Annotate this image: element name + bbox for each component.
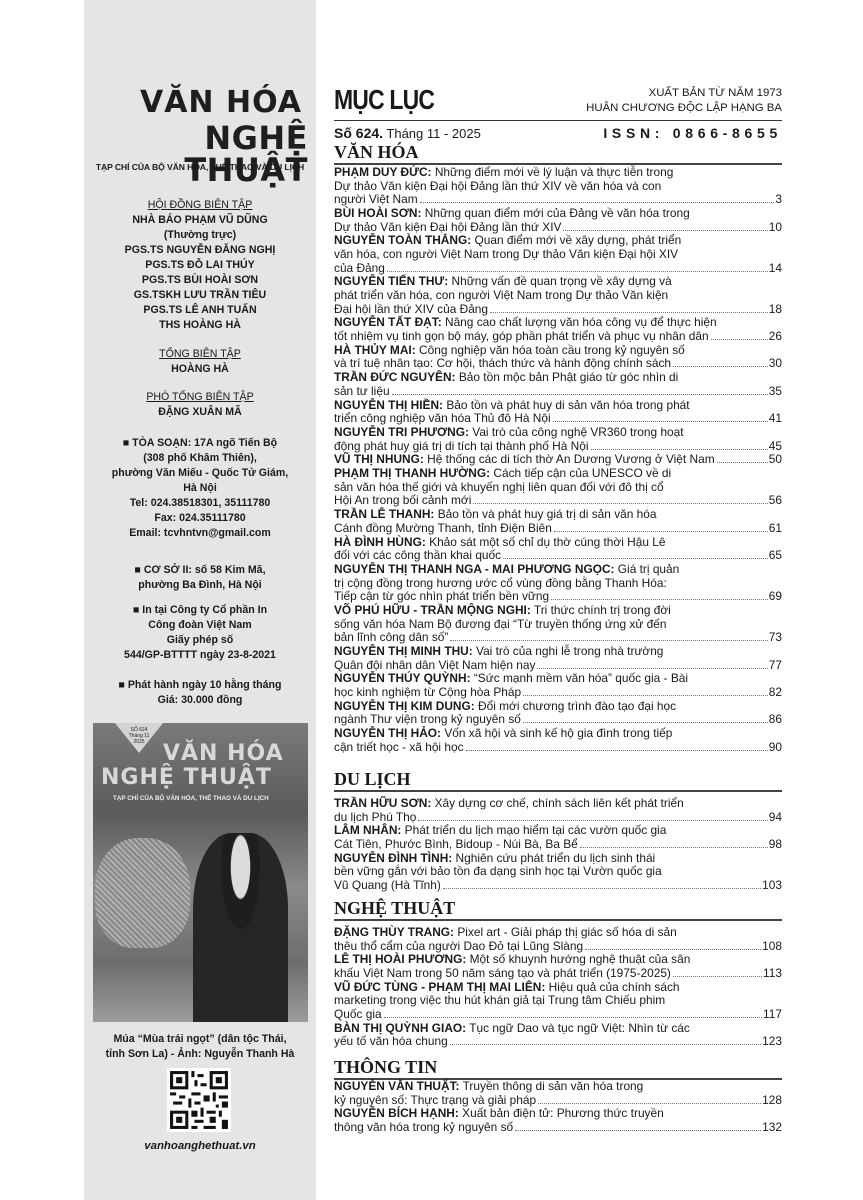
entry-title-text: đối với các công thần khai quốc	[334, 548, 501, 562]
entry-last-line: Vũ Quang (Hà Tĩnh)103	[334, 879, 782, 893]
entry-last-line: VŨ THỊ NHUNG: Hệ thống các di tích thờ A…	[334, 453, 782, 467]
entry-title-text: khấu Việt Nam trong 50 năm sáng tạo và p…	[334, 966, 671, 980]
entry-line: ĐẶNG THÙY TRANG: Pixel art - Giải pháp t…	[334, 926, 782, 940]
cover-title-1: VĂN HÓA	[163, 741, 284, 766]
section-heading: VĂN HÓA	[334, 142, 782, 165]
header-divider	[334, 120, 782, 121]
entry-line: NGUYỄN THÚY QUỲNH: “Sức mạnh mềm văn hóa…	[334, 672, 782, 686]
entry-last-line: thông văn hóa trong kỷ nguyên số132	[334, 1121, 782, 1135]
page-number: 86	[769, 713, 782, 727]
price: Giá: 30.000 đồng	[84, 693, 316, 708]
entry-title-text: trị cộng đồng trong hương ước cổ vùng đồ…	[334, 576, 667, 590]
entry-line: TRẦN LÊ THANH: Bảo tồn và phát huy giá t…	[334, 508, 782, 522]
dot-leader	[473, 503, 767, 504]
dot-leader	[387, 271, 768, 272]
entry-last-line: Cánh đồng Mường Thanh, tỉnh Điện Biên61	[334, 522, 782, 536]
dot-leader	[420, 202, 775, 203]
phone: Tel: 024.38518301, 35111780	[84, 496, 316, 511]
entry-title-text: Nghiên cứu phát triển du lịch sinh thái	[452, 851, 655, 865]
page-number: 18	[769, 303, 782, 317]
entry-line: NGUYỄN TRI PHƯƠNG: Vai trò của công nghệ…	[334, 426, 782, 440]
entry-title-text: Phát triển du lịch mạo hiểm tại các vườn…	[401, 823, 666, 837]
entry-title-text: người Việt Nam	[334, 192, 418, 206]
entry-line: NGUYỄN THỊ KIM DUNG: Đổi mới chương trìn…	[334, 700, 782, 714]
toc-entry[interactable]: NGUYỄN THỊ HẢO: Vốn xã hội và sinh kế hộ…	[334, 727, 782, 754]
entry-last-line: bản lĩnh công dân số”73	[334, 631, 782, 645]
entry-title-text: Bảo tồn và phát huy giá trị di sản văn h…	[434, 507, 656, 521]
board-member: PGS.TS BÙI HOÀI SƠN	[84, 273, 316, 288]
entry-line: marketing trong việc thu hút khán giả tạ…	[334, 994, 782, 1008]
issue-date: Tháng 11 - 2025	[383, 126, 481, 141]
toc-entry[interactable]: HÀ THỦY MAI: Công nghiệp văn hóa toàn cầ…	[334, 344, 782, 371]
entry-line: HÀ ĐÌNH HÙNG: Khảo sát một số chỉ dụ thờ…	[334, 536, 782, 550]
entry-title-text: sản văn hóa thế giới và khuyến nghị liên…	[334, 480, 664, 494]
dot-leader	[523, 695, 768, 696]
page-number: 65	[769, 549, 782, 563]
entry-author: NGUYỄN THỊ THANH NGA - MAI PHƯƠNG NGỌC:	[334, 562, 615, 576]
dot-leader	[537, 668, 767, 669]
entry-line: NGUYỄN THỊ HẢO: Vốn xã hội và sinh kế hộ…	[334, 727, 782, 741]
entry-title-text: yếu tố văn hóa chung	[334, 1034, 448, 1048]
entry-title-text: Cách tiếp cận của UNESCO về di	[490, 466, 671, 480]
toc-entry[interactable]: NGUYỄN ĐÌNH TÌNH: Nghiên cứu phát triển …	[334, 852, 782, 893]
toc-entry[interactable]: NGUYỄN THỊ THANH NGA - MAI PHƯƠNG NGỌC: …	[334, 563, 782, 604]
entry-line: LÊ THỊ HOÀI PHƯƠNG: Một số khuynh hướng …	[334, 953, 782, 967]
website-link[interactable]: vanhoanghethuat.vn	[84, 1140, 316, 1152]
dot-leader	[450, 1044, 761, 1045]
toc-entry[interactable]: VŨ ĐỨC TÙNG - PHẠM THỊ MAI LIÊN: Hiệu qu…	[334, 981, 782, 1022]
entry-title-text: kỷ nguyên số: Thực trạng và giải pháp	[334, 1093, 536, 1107]
entry-line: NGUYỄN TIẾN THƯ: Những vấn đề quan trọng…	[334, 275, 782, 289]
entry-author: HÀ ĐÌNH HÙNG:	[334, 535, 426, 549]
entry-author: VŨ ĐỨC TÙNG - PHẠM THỊ MAI LIÊN:	[334, 980, 545, 994]
entry-last-line: và trí tuệ nhân tạo: Cơ hội, thách thức …	[334, 357, 782, 371]
toc-entry[interactable]: TRẦN HỮU SƠN: Xây dựng cơ chế, chính sác…	[334, 797, 782, 824]
print-line: Công đoàn Việt Nam	[84, 618, 316, 633]
toc-entry[interactable]: NGUYỄN TRI PHƯƠNG: Vai trò của công nghệ…	[334, 426, 782, 453]
toc-entry[interactable]: NGUYỄN THỊ MINH THU: Vai trò của nghi lễ…	[334, 645, 782, 672]
entry-title-text: du lịch Phú Thọ	[334, 810, 416, 824]
toc-entry[interactable]: VÕ PHÚ HỮU - TRẦN MỘNG NGHI: Tri thức ch…	[334, 604, 782, 645]
page-number: 94	[769, 811, 782, 825]
entry-title-text: bền vững gắn với bảo tồn đa dạng sinh họ…	[334, 864, 662, 878]
editorial-board: HỘI ĐỒNG BIÊN TẬP NHÀ BÁO PHẠM VŨ DŨNG (…	[84, 198, 316, 333]
editor-heading: TỔNG BIÊN TẬP	[84, 347, 316, 362]
entry-last-line: sản tư liệu35	[334, 385, 782, 399]
sidebar: VĂN HÓA NGHỆ THUẬT TẠP CHÍ CỦA BỘ VĂN HÓ…	[84, 0, 316, 1200]
toc-entry[interactable]: NGUYỄN TẤT ĐẠT: Nâng cao chất lượng văn …	[334, 316, 782, 343]
entry-title-text: Đổi mới chương trình đào tạo đại học	[475, 699, 676, 713]
entry-title-text: Những vấn đề quan trọng về xây dựng và	[448, 274, 672, 288]
entry-last-line: người Việt Nam3	[334, 193, 782, 207]
entry-last-line: cận triết học - xã hội học90	[334, 741, 782, 755]
toc-entry[interactable]: PHẠM DUY ĐỨC: Những điểm mới về lý luận …	[334, 166, 782, 207]
entry-author: VÕ PHÚ HỮU - TRẦN MỘNG NGHI:	[334, 603, 531, 617]
page-number: 61	[769, 522, 782, 536]
entry-last-line: Cát Tiên, Phước Bình, Bidoup - Núi Bà, B…	[334, 838, 782, 852]
entry-author: NGUYỄN THÚY QUỲNH:	[334, 671, 471, 685]
entry-title-text: Vốn xã hội và sinh kế hộ gia đình trong …	[441, 726, 672, 740]
page-number: 41	[769, 412, 782, 426]
dot-leader	[515, 1130, 761, 1131]
entry-title-text: triển công nghiệp văn hóa Thủ đô Hà Nội	[334, 411, 551, 425]
entry-author: NGUYỄN TRI PHƯƠNG:	[334, 425, 469, 439]
cover-title-2: NGHỆ THUẬT	[101, 765, 272, 790]
entry-line: sống văn hóa Nam Bộ đương đại “Từ truyền…	[334, 618, 782, 632]
entry-line: NGUYỄN TẤT ĐẠT: Nâng cao chất lượng văn …	[334, 316, 782, 330]
editor-in-chief: TỔNG BIÊN TẬP HOÀNG HÀ	[84, 347, 316, 377]
entry-author: NGUYỄN TẤT ĐẠT:	[334, 315, 442, 329]
page-number: 56	[769, 494, 782, 508]
toc-entry[interactable]: HÀ ĐÌNH HÙNG: Khảo sát một số chỉ dụ thờ…	[334, 536, 782, 563]
entry-title-text: Hệ thống các di tích thờ An Dương Vương …	[424, 452, 715, 466]
entry-author: TRẦN LÊ THANH:	[334, 507, 434, 521]
entry-title-text: Dự thảo Văn kiện Đại hội Đảng lần thứ XI…	[334, 179, 661, 193]
board-member: PGS.TS NGUYỄN ĐĂNG NGHỊ	[84, 243, 316, 258]
page-number: 30	[769, 357, 782, 371]
entry-last-line: triển công nghiệp văn hóa Thủ đô Hà Nội4…	[334, 412, 782, 426]
branch-line: phường Ba Đình, Hà Nội	[84, 578, 316, 593]
entry-line: NGUYỄN THỊ MINH THU: Vai trò của nghi lễ…	[334, 645, 782, 659]
entry-line: VŨ ĐỨC TÙNG - PHẠM THỊ MAI LIÊN: Hiệu qu…	[334, 981, 782, 995]
entry-author: LÊ THỊ HOÀI PHƯƠNG:	[334, 952, 466, 966]
entry-line: BÀN THỊ QUỲNH GIAO: Tục ngữ Dao và tục n…	[334, 1022, 782, 1036]
entry-title-text: Tiếp cận từ góc nhìn phát triển bền vững	[334, 589, 549, 603]
award: HUÂN CHƯƠNG ĐỘC LẬP HẠNG BA	[586, 101, 782, 116]
entry-line: sản văn hóa thế giới và khuyến nghị liên…	[334, 481, 782, 495]
fax: Fax: 024.35111780	[84, 511, 316, 526]
entry-author: ĐẶNG THÙY TRANG:	[334, 925, 454, 939]
entry-author: PHẠM DUY ĐỨC:	[334, 165, 432, 179]
print-line: ■ In tại Công ty Cổ phần In	[84, 603, 316, 618]
entry-title-text: “Sức mạnh mềm văn hóa” quốc gia - Bài	[471, 671, 688, 685]
entry-title-text: văn hóa, con người Việt Nam trong Dự thả…	[334, 247, 678, 261]
entry-title-text: thông văn hóa trong kỷ nguyên số	[334, 1120, 513, 1134]
page-number: 50	[769, 453, 782, 467]
entry-line: trị cộng đồng trong hương ước cổ vùng đồ…	[334, 577, 782, 591]
entry-title-text: Vũ Quang (Hà Tĩnh)	[334, 878, 441, 892]
entry-title-text: Cát Tiên, Phước Bình, Bidoup - Núi Bà, B…	[334, 837, 578, 851]
entry-author: NGUYỄN THỊ HẢO:	[334, 726, 441, 740]
entry-line: PHẠM DUY ĐỨC: Những điểm mới về lý luận …	[334, 166, 782, 180]
dot-leader	[591, 449, 768, 450]
toc-entry[interactable]: LÊ THỊ HOÀI PHƯƠNG: Một số khuynh hướng …	[334, 953, 782, 980]
page-number: 123	[762, 1035, 782, 1049]
entry-line: PHẠM THỊ THANH HƯỜNG: Cách tiếp cận của …	[334, 467, 782, 481]
entry-title-text: học kinh nghiệm từ Cộng hòa Pháp	[334, 685, 521, 699]
issue-info: Số 624. Tháng 11 - 2025	[334, 125, 481, 141]
entry-line: BÙI HOÀI SƠN: Những quan điểm mới của Đả…	[334, 207, 782, 221]
entry-line: VÕ PHÚ HỮU - TRẦN MỘNG NGHI: Tri thức ch…	[334, 604, 782, 618]
dot-leader	[585, 949, 761, 950]
toc-entry[interactable]: NGUYỄN THỊ KIM DUNG: Đổi mới chương trìn…	[334, 700, 782, 727]
entry-title-text: cận triết học - xã hội học	[334, 740, 464, 754]
dot-leader	[443, 888, 761, 889]
dot-leader	[418, 820, 767, 821]
basket-shape	[95, 838, 190, 948]
editor-name: HOÀNG HÀ	[84, 362, 316, 377]
toc-entry[interactable]: NGUYỄN THÚY QUỲNH: “Sức mạnh mềm văn hóa…	[334, 672, 782, 699]
entry-title-text: Vai trò của nghi lễ trong nhà trường	[473, 644, 664, 658]
entry-line: bền vững gắn với bảo tồn đa dạng sinh họ…	[334, 865, 782, 879]
page-number: 10	[769, 221, 782, 235]
entry-title-text: Hiệu quả của chính sách	[545, 980, 679, 994]
toc-title: MỤC LỤC	[334, 84, 434, 116]
entry-title-text: Quân đội nhân dân Việt Nam hiện nay	[334, 658, 535, 672]
section-heading: THÔNG TIN	[334, 1057, 782, 1080]
toc-entry[interactable]: NGUYỄN TIẾN THƯ: Những vấn đề quan trọng…	[334, 275, 782, 316]
toc-entry[interactable]: NGUYỄN THỊ HIỀN: Bảo tồn và phát huy di …	[334, 399, 782, 426]
cover-subtitle: TẠP CHÍ CỦA BỘ VĂN HÓA, THỂ THAO VÀ DU L…	[113, 795, 269, 802]
dot-leader	[711, 339, 768, 340]
dot-leader	[450, 640, 767, 641]
page-number: 98	[769, 838, 782, 852]
entry-title-text: Những điểm mới về lý luận và thực tiễn t…	[432, 165, 674, 179]
entry-title-text: Pixel art - Giải pháp thị giác số hóa di…	[454, 925, 677, 939]
dot-leader	[490, 312, 768, 313]
entry-author: NGUYỄN BÍCH HẠNH:	[334, 1106, 459, 1120]
toc-entry[interactable]: BÀN THỊ QUỲNH GIAO: Tục ngữ Dao và tục n…	[334, 1022, 782, 1049]
printing-info: ■ In tại Công ty Cổ phần In Công đoàn Vi…	[84, 603, 316, 663]
cover-year: 2025	[115, 739, 163, 745]
entry-title-text: Nâng cao chất lượng văn hóa công vụ để t…	[442, 315, 717, 329]
dot-leader	[523, 722, 768, 723]
dot-leader	[466, 750, 768, 751]
toc-entry[interactable]: TRẦN ĐỨC NGUYÊN: Bảo tồn mộc bản Phật gi…	[334, 371, 782, 398]
dot-leader	[538, 1103, 761, 1104]
entry-title-text: Bảo tồn mộc bản Phật giáo từ góc nhìn di	[456, 370, 679, 384]
entry-title-text: Khảo sát một số chỉ dụ thờ cúng thời Hậu…	[426, 535, 666, 549]
caption-line: tỉnh Sơn La) - Ảnh: Nguyễn Thanh Hà	[84, 1047, 316, 1062]
page-number: 113	[763, 967, 782, 981]
dot-leader	[551, 599, 768, 600]
entry-author: BÀN THỊ QUỲNH GIAO:	[334, 1021, 466, 1035]
entry-title-text: Quốc gia	[334, 1007, 382, 1021]
entry-title-text: Tục ngữ Dao và tục ngữ Việt: Nhìn từ các	[466, 1021, 690, 1035]
qr-code[interactable]	[167, 1068, 231, 1132]
email: Email: tcvhntvn@gmail.com	[84, 526, 316, 541]
entry-author: TRẦN HỮU SƠN:	[334, 796, 431, 810]
toc-entry[interactable]: NGUYỄN VĂN THUẬT: Truyền thông di sản vă…	[334, 1080, 782, 1107]
cover-badge: SỐ 624 Tháng 11 2025	[115, 723, 163, 745]
release-schedule: ■ Phát hành ngày 10 hằng tháng	[84, 678, 316, 693]
office-info: ■ TÒA SOẠN: 17A ngõ Tiến Bộ (308 phố Khâ…	[84, 436, 316, 541]
entry-line: NGUYỄN TOÀN THẮNG: Quan điểm mới về xây …	[334, 234, 782, 248]
page-number: 45	[769, 440, 782, 454]
entry-line: LÂM NHÂN: Phát triển du lịch mạo hiểm tạ…	[334, 824, 782, 838]
entry-author: NGUYỄN THỊ HIỀN:	[334, 398, 443, 412]
page-number: 73	[769, 631, 782, 645]
license-line: 544/GP-BTTTT ngày 23-8-2021	[84, 648, 316, 663]
dot-leader	[580, 847, 768, 848]
section-heading: DU LỊCH	[334, 769, 782, 792]
entry-line: NGUYỄN BÍCH HẠNH: Xuất bản điện tử: Phươ…	[334, 1107, 782, 1121]
dot-leader	[384, 1017, 762, 1018]
toc-entry[interactable]: BÙI HOÀI SƠN: Những quan điểm mới của Đả…	[334, 207, 782, 234]
deputy-heading: PHÓ TỔNG BIÊN TẬP	[84, 390, 316, 405]
deputy-editor: PHÓ TỔNG BIÊN TẬP ĐẶNG XUÂN MÃ	[84, 390, 316, 420]
page-number: 117	[763, 1008, 782, 1022]
dot-leader	[563, 230, 767, 231]
entry-title-text: thêu thổ cẩm của người Dao Đỏ tại Lũng S…	[334, 939, 583, 953]
page-number: 69	[769, 590, 782, 604]
dot-leader	[554, 531, 768, 532]
office-line: (308 phố Khâm Thiên),	[84, 451, 316, 466]
entry-author: NGUYỄN TIẾN THƯ:	[334, 274, 448, 288]
page-number: 90	[769, 741, 782, 755]
board-member: GS.TSKH LƯU TRẦN TIÊU	[84, 288, 316, 303]
entry-title-text: Truyền thông di sản văn hóa trong	[460, 1079, 644, 1093]
entry-line: NGUYỄN VĂN THUẬT: Truyền thông di sản vă…	[334, 1080, 782, 1094]
toc-entry[interactable]: ĐẶNG THÙY TRANG: Pixel art - Giải pháp t…	[334, 926, 782, 953]
entry-title-text: Công nghiệp văn hóa toàn cầu trong kỷ ng…	[416, 343, 685, 357]
page-number: 132	[762, 1121, 782, 1135]
entry-title-text: tốt nhiệm vụ tinh gọn bộ máy, góp phần p…	[334, 329, 709, 343]
entry-author: NGUYỄN THỊ KIM DUNG:	[334, 699, 475, 713]
entry-title-text: và trí tuệ nhân tạo: Cơ hội, thách thức …	[334, 356, 671, 370]
entry-line: NGUYỄN THỊ HIỀN: Bảo tồn và phát huy di …	[334, 399, 782, 413]
entry-last-line: ngành Thư viện trong kỷ nguyên số86	[334, 713, 782, 727]
entry-title-text: của Đảng	[334, 261, 385, 275]
entry-title-text: Đại hội lần thứ XIV của Đảng	[334, 302, 488, 316]
section-heading: NGHỆ THUẬT	[334, 898, 782, 921]
entry-last-line: Hội An trong bối cảnh mới56	[334, 494, 782, 508]
office-line: phường Văn Miếu - Quốc Tử Giám,	[84, 466, 316, 481]
deputy-name: ĐẶNG XUÂN MÃ	[84, 405, 316, 420]
entry-line: TRẦN ĐỨC NGUYÊN: Bảo tồn mộc bản Phật gi…	[334, 371, 782, 385]
print-line: Giấy phép số	[84, 633, 316, 648]
branch-office: ■ CƠ SỞ II: số 58 Kim Mã, phường Ba Đình…	[84, 563, 316, 593]
entry-author: TRẦN ĐỨC NGUYÊN:	[334, 370, 456, 384]
toc-entry[interactable]: PHẠM THỊ THANH HƯỜNG: Cách tiếp cận của …	[334, 467, 782, 508]
page-number: 103	[762, 879, 782, 893]
entry-author: NGUYỄN ĐÌNH TÌNH:	[334, 851, 452, 865]
toc-entry[interactable]: VŨ THỊ NHUNG: Hệ thống các di tích thờ A…	[334, 453, 782, 467]
masthead-line-1: VĂN HÓA	[84, 88, 302, 118]
board-member: PGS.TS ĐỖ LAI THÚY	[84, 258, 316, 273]
entry-title-text: Giá trị quản	[615, 562, 680, 576]
entry-author: PHẠM THỊ THANH HƯỜNG:	[334, 466, 490, 480]
entry-title-text: bản lĩnh công dân số”	[334, 630, 448, 644]
entry-line: TRẦN HỮU SƠN: Xây dựng cơ chế, chính sác…	[334, 797, 782, 811]
entry-title-text: động phát huy giá trị di tích tại thành …	[334, 439, 589, 453]
dancer-shape	[193, 833, 288, 1022]
caption-line: Múa “Mùa trái ngọt” (dân tộc Thái,	[84, 1032, 316, 1047]
publication-info: XUẤT BẢN TỪ NĂM 1973 HUÂN CHƯƠNG ĐỘC LẬP…	[586, 86, 782, 116]
entry-title-text: Tri thức chính trị trong đời	[531, 603, 671, 617]
entry-author: LÂM NHÂN:	[334, 823, 401, 837]
page-number: 14	[769, 262, 782, 276]
issn: ISSN: 0866-8655	[603, 125, 782, 141]
entry-line: phát triển văn hóa, con người Việt Nam t…	[334, 289, 782, 303]
office-line: ■ TÒA SOẠN: 17A ngõ Tiến Bộ	[84, 436, 316, 451]
entry-last-line: khấu Việt Nam trong 50 năm sáng tạo và p…	[334, 967, 782, 981]
entry-title-text: Dự thảo Văn kiện Đại hội Đảng lần thứ XI…	[334, 220, 561, 234]
entry-last-line: học kinh nghiệm từ Cộng hòa Pháp82	[334, 686, 782, 700]
page-number: 77	[769, 659, 782, 673]
page-number: 3	[775, 193, 782, 207]
entry-line: NGUYỄN THỊ THANH NGA - MAI PHƯƠNG NGỌC: …	[334, 563, 782, 577]
board-member: PGS.TS LÊ ANH TUẤN	[84, 303, 316, 318]
entry-title-text: marketing trong việc thu hút khán giả tạ…	[334, 993, 665, 1007]
dot-leader	[673, 366, 768, 367]
entry-author: NGUYỄN VĂN THUẬT:	[334, 1079, 460, 1093]
entry-title-text: Xây dựng cơ chế, chính sách liên kết phá…	[431, 796, 683, 810]
entry-title-text: Những quan điểm mới của Đảng về văn hóa …	[421, 206, 689, 220]
entry-title-text: ngành Thư viện trong kỷ nguyên số	[334, 712, 521, 726]
entry-title-text: Một số khuynh hướng nghệ thuật của sân	[466, 952, 690, 966]
toc-entry[interactable]: NGUYỄN TOÀN THẮNG: Quan điểm mới về xây …	[334, 234, 782, 275]
cover-caption: Múa “Mùa trái ngọt” (dân tộc Thái, tỉnh …	[84, 1032, 316, 1062]
entry-title-text: Quan điểm mới về xây dựng, phát triển	[471, 233, 681, 247]
entry-title-text: Bảo tồn và phát huy di sản văn hóa trong…	[443, 398, 690, 412]
page-number: 26	[769, 330, 782, 344]
entry-title-text: Xuất bản điện tử: Phương thức truyền	[459, 1106, 664, 1120]
published-since: XUẤT BẢN TỪ NĂM 1973	[586, 86, 782, 101]
toc-entry[interactable]: TRẦN LÊ THANH: Bảo tồn và phát huy giá t…	[334, 508, 782, 535]
entry-last-line: Quốc gia117	[334, 1008, 782, 1022]
dot-leader	[673, 976, 762, 977]
masthead-line-2: NGHỆ THUẬT	[84, 122, 308, 186]
board-member: (Thường trực)	[84, 228, 316, 243]
entry-title-text: Cánh đồng Mường Thanh, tỉnh Điện Biên	[334, 521, 552, 535]
entry-author: BÙI HOÀI SƠN:	[334, 206, 421, 220]
entry-author: VŨ THỊ NHUNG:	[334, 452, 424, 466]
dot-leader	[392, 394, 768, 395]
entry-title-text: Hội An trong bối cảnh mới	[334, 493, 471, 507]
dot-leader	[503, 558, 768, 559]
board-heading: HỘI ĐỒNG BIÊN TẬP	[84, 198, 316, 213]
entry-last-line: yếu tố văn hóa chung123	[334, 1035, 782, 1049]
board-member: NHÀ BÁO PHẠM VŨ DŨNG	[84, 213, 316, 228]
entry-title-text: sống văn hóa Nam Bộ đương đại “Từ truyền…	[334, 617, 666, 631]
office-line: Hà Nội	[84, 481, 316, 496]
entry-last-line: Tiếp cận từ góc nhìn phát triển bền vững…	[334, 590, 782, 604]
page-number: 82	[769, 686, 782, 700]
dot-leader	[717, 462, 768, 463]
qr-code-icon	[167, 1068, 231, 1132]
entry-line: HÀ THỦY MAI: Công nghiệp văn hóa toàn cầ…	[334, 344, 782, 358]
dot-leader	[553, 421, 768, 422]
page-number: 108	[762, 940, 782, 954]
entry-line: văn hóa, con người Việt Nam trong Dự thả…	[334, 248, 782, 262]
entry-title-text: phát triển văn hóa, con người Việt Nam t…	[334, 288, 668, 302]
page-number: 128	[762, 1094, 782, 1108]
toc-entry[interactable]: LÂM NHÂN: Phát triển du lịch mạo hiểm tạ…	[334, 824, 782, 851]
page-number: 35	[769, 385, 782, 399]
masthead-subtitle: TẠP CHÍ CỦA BỘ VĂN HÓA, THỂ THAO VÀ DU L…	[84, 162, 316, 172]
entry-author: NGUYỄN THỊ MINH THU:	[334, 644, 473, 658]
board-member: THS HOÀNG HÀ	[84, 318, 316, 333]
entry-line: Dự thảo Văn kiện Đại hội Đảng lần thứ XI…	[334, 180, 782, 194]
entry-author: NGUYỄN TOÀN THẮNG:	[334, 233, 471, 247]
toc-entry[interactable]: NGUYỄN BÍCH HẠNH: Xuất bản điện tử: Phươ…	[334, 1107, 782, 1134]
cover-image: SỐ 624 Tháng 11 2025 VĂN HÓA NGHỆ THUẬT …	[93, 723, 308, 1022]
entry-last-line: tốt nhiệm vụ tinh gọn bộ máy, góp phần p…	[334, 330, 782, 344]
branch-line: ■ CƠ SỞ II: số 58 Kim Mã,	[84, 563, 316, 578]
entry-title-text: Vai trò của công nghệ VR360 trong hoạt	[469, 425, 684, 439]
entry-author: HÀ THỦY MAI:	[334, 343, 416, 357]
issue-number: Số 624.	[334, 125, 383, 141]
entry-title-text: sản tư liệu	[334, 384, 390, 398]
release-info: ■ Phát hành ngày 10 hằng tháng Giá: 30.0…	[84, 678, 316, 708]
entry-last-line: đối với các công thần khai quốc65	[334, 549, 782, 563]
